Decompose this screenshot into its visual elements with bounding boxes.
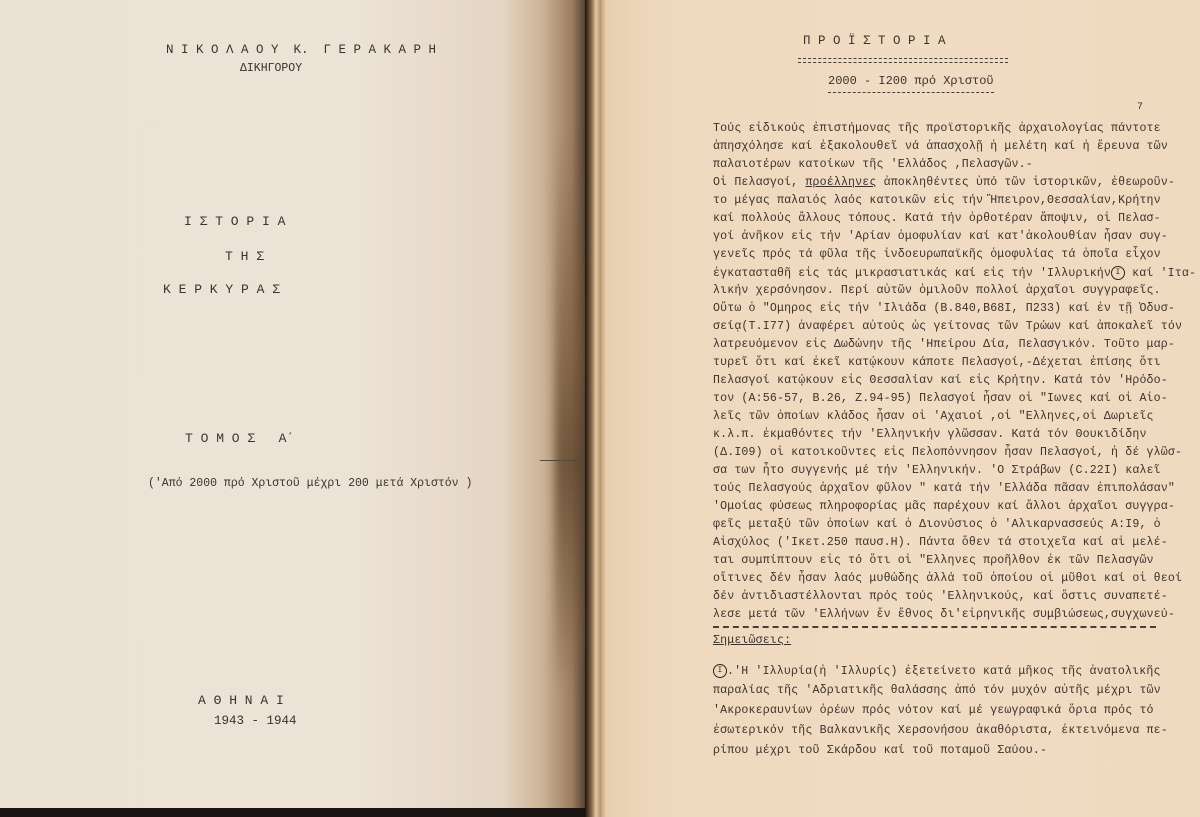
text-segment: Οἱ Πελασγοί, [713, 176, 805, 189]
text-line: οἵτινες δέν ἦσαν λαός μυθώδης ἀλλά τοῦ ὁ… [713, 572, 1182, 585]
text-line: τυρεῖ ὅτι καί ἐκεῖ κατῴκουν κάποτε Πελασ… [713, 356, 1161, 369]
text-line: καί πολλούς ἄλλους τόπους. Κατά τήν ὀρθο… [713, 212, 1161, 225]
text-line: τον (Α:56-57, Β.26, Ζ.94-95) Πελασγοί ἦσ… [713, 392, 1168, 405]
chapter-heading: Π Ρ Ο Ϊ Σ Τ Ο Ρ Ι Α [803, 34, 946, 48]
text-segment: .'Η 'Ιλλυρία(ἡ 'Ιλλυρίς) ἐξετείνετο κατά… [727, 665, 1161, 678]
text-line: κ.λ.π. ἐκμαθόντες τήν 'Ελληνικήν γλῶσσαν… [713, 428, 1147, 441]
text-line: τούς Πελασγούς ἀρχαῖον φῦλον " κατά τήν … [713, 482, 1175, 495]
text-line: λατρευόμενον εἰς Δωδώνην τῆς 'Ηπείρου Δί… [713, 338, 1175, 351]
page-mark: 7 [1137, 102, 1143, 113]
title-line-1: Ι Σ Τ Ο Ρ Ι Α [184, 214, 285, 229]
text-line: ται συμπίπτουν εἰς τό ὅτι οἱ "Ελληνες πρ… [713, 554, 1154, 567]
text-line: Αἰσχύλος ('Ικετ.250 παυσ.Η). Πάντα ὅθεν … [713, 536, 1168, 549]
text-line: δέν ἀντιδιαστέλλονται πρός τούς 'Ελληνικ… [713, 590, 1168, 603]
text-line: το μέγας παλαιός λαός κατοικῶν εἰς τήν Ἤ… [713, 194, 1161, 207]
text-line: Τούς εἰδικούς ἐπιστήμονας τῆς προϊστορικ… [713, 122, 1161, 135]
notes-label: Σημειῶσεις: [713, 634, 791, 647]
page-edge-stain [555, 130, 585, 690]
author-profession: ΔΙΚΗΓΟΡΟΥ [240, 62, 302, 75]
text-segment: καί 'Ιτα- [1125, 267, 1196, 280]
footnote-line: παραλίας τῆς 'Αδριατικῆς θαλάσσης ἀπό τό… [713, 684, 1161, 697]
text-line: γοί ἀνῆκον εἰς τήν 'Αρίαν ὁμοφυλίαν καί … [713, 230, 1168, 243]
left-title-page [0, 0, 590, 808]
text-line: σα των ἦτο συγγενής μέ τήν 'Ελληνικήν. '… [713, 464, 1161, 477]
footnote-marker-circle: Ι [1111, 266, 1125, 280]
title-line-3: Κ Ε Ρ Κ Υ Ρ Α Σ [163, 282, 280, 297]
text-line: σείᾳ(Τ.Ι77) ἀναφέρει αὐτούς ὡς γείτονας … [713, 320, 1182, 333]
text-line: λικήν χερσόνησον. Περί αὐτῶν ὁμιλοῦν πολ… [713, 284, 1161, 297]
text-line: φεῖς μεταξύ τῶν ὁποίων καί ὁ Διονύσιος ὁ… [713, 518, 1161, 531]
text-line: Πελασγοί κατῴκουν εἰς Θεσσαλίαν καί εἰς … [713, 374, 1168, 387]
footnote-marker-circle: Ι [713, 664, 727, 678]
book-spine-gutter [585, 0, 607, 817]
underlined-term: προέλληνες [805, 176, 876, 189]
author-name: Ν Ι Κ Ο Λ Α Ο Υ Κ. Γ Ε Ρ Α Κ Α Ρ Η [166, 43, 436, 57]
text-line: Οἱ Πελασγοί, προέλληνες ἀποκληθέντες ὑπό… [713, 176, 1175, 189]
volume-label: Τ Ο Μ Ο Σ Α΄ [185, 431, 294, 446]
notes-separator-rule [713, 626, 1156, 628]
heading-double-rule [798, 58, 1008, 63]
page-tear [540, 460, 580, 461]
text-line: ἐγκατασταθῆ εἰς τάς μικρασιατικάς καί εἰ… [713, 266, 1196, 280]
text-line: ἀπησχόλησε καί ἐξακολουθεῖ νά ἀπασχολῇ ἡ… [713, 140, 1168, 153]
footnote-line: 'Ακροκεραυνίων ὀρέων πρός νότον καί μέ γ… [713, 704, 1154, 717]
text-line: Οὕτω ὁ "Ομηρος εἰς τήν 'Ιλιάδα (Β.840,Β6… [713, 302, 1175, 315]
subheading-rule [828, 92, 994, 93]
title-line-2: Τ Η Σ [225, 249, 264, 264]
text-line: λεῖς τῶν ὁποίων κλάδος ἦσαν οἱ 'Αχαιοί ,… [713, 410, 1154, 423]
footnote-line: ἐσωτερικόν τῆς Βαλκανικῆς Χερσονήσου ἀκα… [713, 724, 1168, 737]
footnote-line: ρίπου μέχρι τοῦ Σκάρδου καί τοῦ ποταμοῦ … [713, 744, 1047, 757]
footnote-line: Ι.'Η 'Ιλλυρία(ἡ 'Ιλλυρίς) ἐξετείνετο κατ… [713, 664, 1161, 678]
period-subtitle: ('Από 2000 πρό Χριστοῦ μέχρι 200 μετά Χρ… [148, 477, 472, 490]
text-line: 'Ομοίας φύσεως πληροφορίας μᾶς παρέχουν … [713, 500, 1175, 513]
text-segment: ἐγκατασταθῆ εἰς τάς μικρασιατικάς καί εἰ… [713, 267, 1111, 280]
chapter-subheading: 2000 - Ι200 πρό Χριστοῦ [828, 74, 994, 88]
text-line: γενεῖς πρός τά φῦλα τῆς ἰνδοευρωπαϊκῆς ὁ… [713, 248, 1161, 261]
publication-place: Α Θ Η Ν Α Ι [198, 693, 284, 708]
text-line: λεσε μετά τῶν 'Ελλήνων ἕν ἔθνος δι'εἰρην… [713, 608, 1175, 621]
text-line: παλαιοτέρων κατοίκων τῆς 'Ελλάδος ,Πελασ… [713, 158, 1033, 171]
text-line: (Δ.Ι09) οἱ κατοικοῦντες εἰς Πελοπόννησον… [713, 446, 1182, 459]
publication-years: 1943 - 1944 [214, 714, 297, 728]
text-segment: ἀποκληθέντες ὑπό τῶν ἱστορικῶν, ἐθεωροῦν… [876, 176, 1175, 189]
